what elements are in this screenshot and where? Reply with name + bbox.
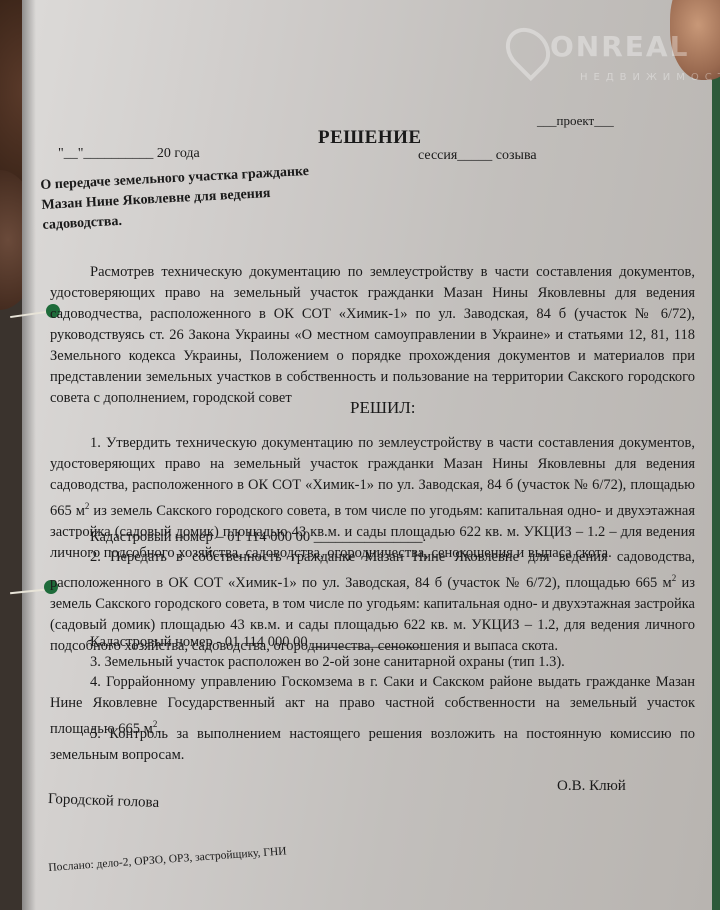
session-line: сессия_____ созыва [418,148,537,164]
signer-title: Городской голова [48,791,160,812]
item-3: 3. Земельный участок расположен во 2-ой … [50,652,695,673]
item-5: 5. Контроль за выполнением настоящего ре… [50,724,695,766]
item-5-text: 5. Контроль за выполнением настоящего ре… [50,726,695,763]
distribution-list: Послано: дело-2, ОРЗО, ОРЗ, застройщику,… [48,845,287,874]
intro-text: Расмотрев техническую документацию по зе… [50,264,695,406]
signer-name: О.В. Клюй [557,778,626,795]
cadastral-2-text: Кадастровый номер - 01 114 000 00 ______… [90,634,424,650]
item-2-text: 2. Передать в собственность гражданке Ма… [50,549,695,591]
project-label: ___проект___ [537,113,614,129]
item-3-text: 3. Земельный участок расположен во 2-ой … [90,654,565,670]
cadastral-1-text: Кадастровый номер – 01 114 000 00 ______… [90,529,426,545]
intro-paragraph: Расмотрев техническую документацию по зе… [50,262,695,409]
cadastral-number-2: Кадастровый номер - 01 114 000 00 ______… [50,632,695,653]
subject-heading: О передаче земельного участка гражданке … [40,161,323,236]
resolved-heading: РЕШИЛ: [350,398,416,418]
document-content: ___проект___ РЕШЕНИЕ "__"__________ 20 г… [0,0,720,910]
cadastral-number-1: Кадастровый номер – 01 114 000 00 ______… [50,527,695,548]
document-title: РЕШЕНИЕ [318,127,422,149]
date-line: "__"__________ 20 года [58,146,200,162]
